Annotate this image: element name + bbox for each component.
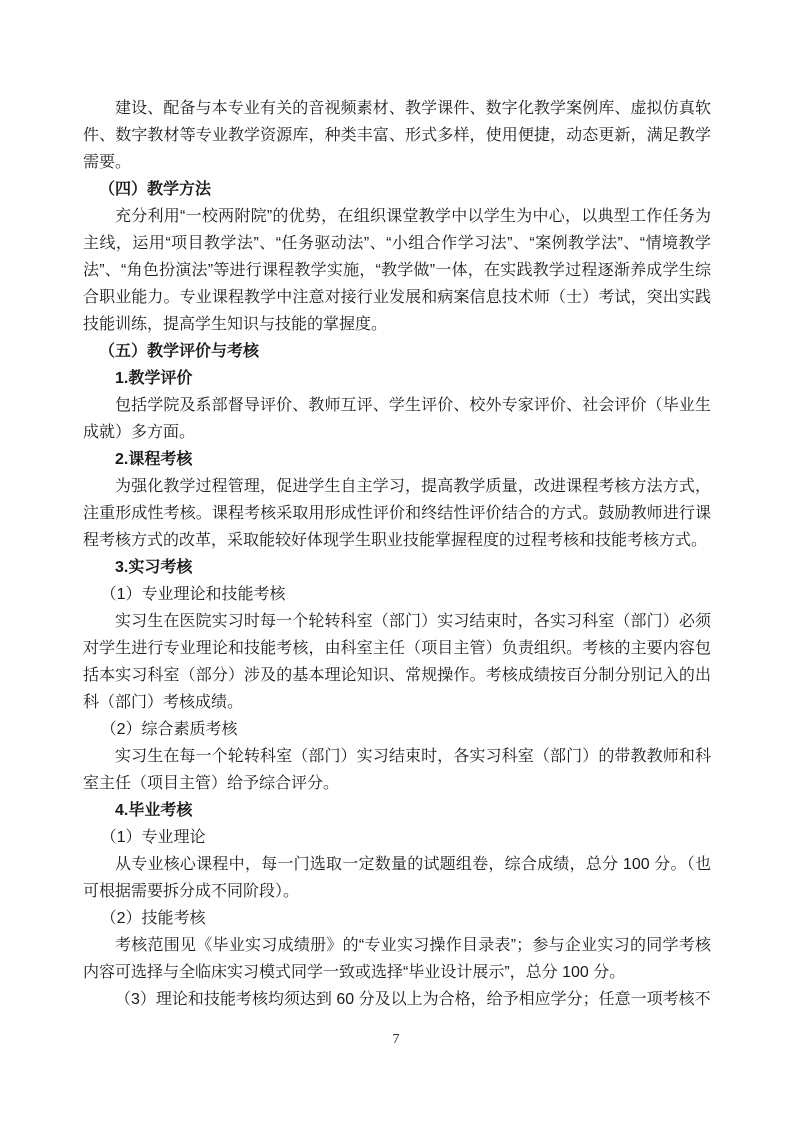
body-paragraph: 从专业核心课程中，每一门选取一定数量的试题组卷，综合成绩，总分 100 分。（也… — [83, 851, 711, 905]
section-heading: （五）教学评价与考核 — [83, 338, 711, 365]
sub-item-heading: （2）技能考核 — [83, 905, 711, 932]
numbered-heading: 1.教学评价 — [83, 365, 711, 392]
body-paragraph: 为强化教学过程管理，促进学生自主学习，提高教学质量，改进课程考核方法方式，注重形… — [83, 473, 711, 554]
body-paragraph: 考核范围见《毕业实习成绩册》的“专业实习操作目录表”；参与企业实习的同学考核内容… — [83, 932, 711, 986]
section-heading: （四）教学方法 — [83, 176, 711, 203]
body-paragraph: 充分利用“一校两附院”的优势，在组织课堂教学中以学生为中心，以典型工作任务为主线… — [83, 203, 711, 338]
numbered-heading: 2.课程考核 — [83, 446, 711, 473]
body-paragraph: 建设、配备与本专业有关的音视频素材、教学课件、数字化教学案例库、虚拟仿真软件、数… — [83, 95, 711, 176]
sub-item-heading: （1）专业理论和技能考核 — [83, 581, 711, 608]
numbered-heading: 3.实习考核 — [83, 554, 711, 581]
page-footer: 7 — [0, 1030, 792, 1050]
numbered-heading: 4.毕业考核 — [83, 797, 711, 824]
document-body: 建设、配备与本专业有关的音视频素材、教学课件、数字化教学案例库、虚拟仿真软件、数… — [83, 95, 711, 1013]
page-number: 7 — [393, 1032, 400, 1047]
body-paragraph: 实习生在每一个轮转科室（部门）实习结束时，各实习科室（部门）的带教教师和科室主任… — [83, 743, 711, 797]
sub-item-heading: （1）专业理论 — [83, 824, 711, 851]
body-paragraph: 包括学院及系部督导评价、教师互评、学生评价、校外专家评价、社会评价（毕业生成就）… — [83, 392, 711, 446]
sub-item-heading: （2）综合素质考核 — [83, 716, 711, 743]
body-paragraph: （3）理论和技能考核均须达到 60 分及以上为合格，给予相应学分；任意一项考核不 — [83, 986, 711, 1013]
document-page: 建设、配备与本专业有关的音视频素材、教学课件、数字化教学案例库、虚拟仿真软件、数… — [0, 0, 792, 1121]
body-paragraph: 实习生在医院实习时每一个轮转科室（部门）实习结束时，各实习科室（部门）必须对学生… — [83, 608, 711, 716]
